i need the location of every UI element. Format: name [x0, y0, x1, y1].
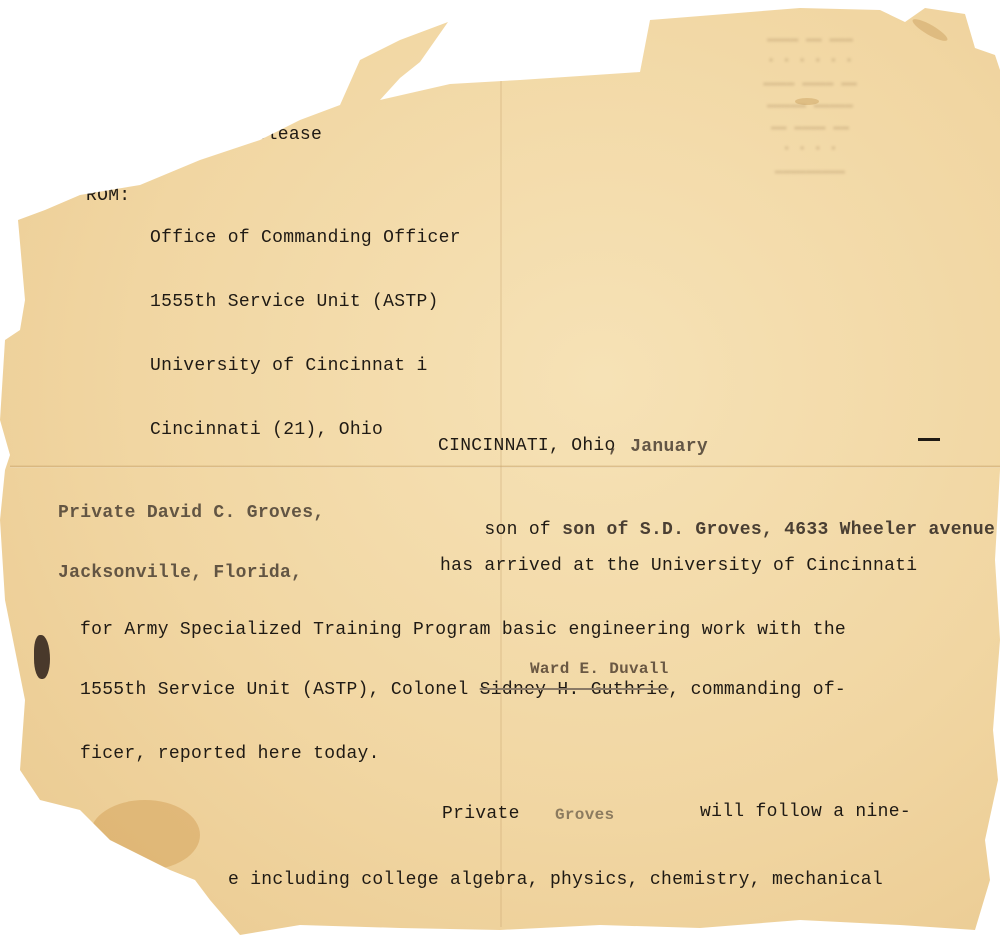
unit-line: 1555th Service Unit (ASTP), Colonel Sidn…: [80, 680, 846, 700]
vertical-fold-crease: [500, 70, 502, 927]
nine-line: will follow a nine-: [700, 802, 911, 822]
program-line: for Army Specialized Training Program ba…: [80, 620, 846, 640]
stain-mark: [90, 800, 200, 870]
private-name-insert: Groves: [555, 806, 614, 824]
parent-address: son of S.D. Groves, 4633 Wheeler avenue,: [562, 520, 1000, 540]
dateline-month: , January: [608, 437, 708, 457]
ink-blot: [34, 635, 50, 679]
from-line: Office of Commanding Officer: [150, 226, 461, 250]
struck-commander-name: Sidney H. Guthrie: [480, 680, 669, 700]
trailing-dash: [918, 438, 940, 441]
hometown: Jacksonville, Florida,: [58, 563, 302, 583]
parent-info-lead: son of: [484, 520, 562, 540]
private-label: Private: [442, 804, 520, 824]
from-line: Cincinnati (21), Ohio: [150, 418, 461, 442]
unit-line-prefix: 1555th Service Unit (ASTP), Colonel: [80, 680, 480, 700]
dateline-place: CINCINNATI, Ohio: [438, 436, 616, 456]
reported-line: ficer, reported here today.: [80, 744, 380, 764]
soldier-name: Private David C. Groves,: [58, 503, 324, 523]
release-fragment: ice release: [200, 125, 322, 145]
torn-paper-sheet: ▬▬▬▬ ▬▬ ▬▬▬▪ ▪ ▪ ▪ ▪ ▪▬▬▬▬ ▬▬▬▬ ▬▬▬▬▬▬▬ …: [0, 0, 1000, 947]
parent-info: son of son of S.D. Groves, 4633 Wheeler …: [440, 500, 1000, 560]
cut-off-line: year, English, physical: [740, 932, 995, 947]
from-line: University of Cincinnat i: [150, 354, 461, 378]
unit-line-suffix: , commanding of-: [668, 680, 846, 700]
arrival-line: has arrived at the University of Cincinn…: [440, 556, 917, 576]
inserted-commander-name: Ward E. Duvall: [530, 660, 669, 678]
from-address-block: Office of Commanding Officer 1555th Serv…: [150, 186, 461, 482]
courses-line: e including college algebra, physics, ch…: [228, 870, 883, 890]
bleed-through-text: ▬▬▬▬ ▬▬ ▬▬▬▪ ▪ ▪ ▪ ▪ ▪▬▬▬▬ ▬▬▬▬ ▬▬▬▬▬▬▬ …: [680, 28, 940, 178]
from-label: ROM:: [86, 186, 130, 206]
from-line: 1555th Service Unit (ASTP): [150, 290, 461, 314]
